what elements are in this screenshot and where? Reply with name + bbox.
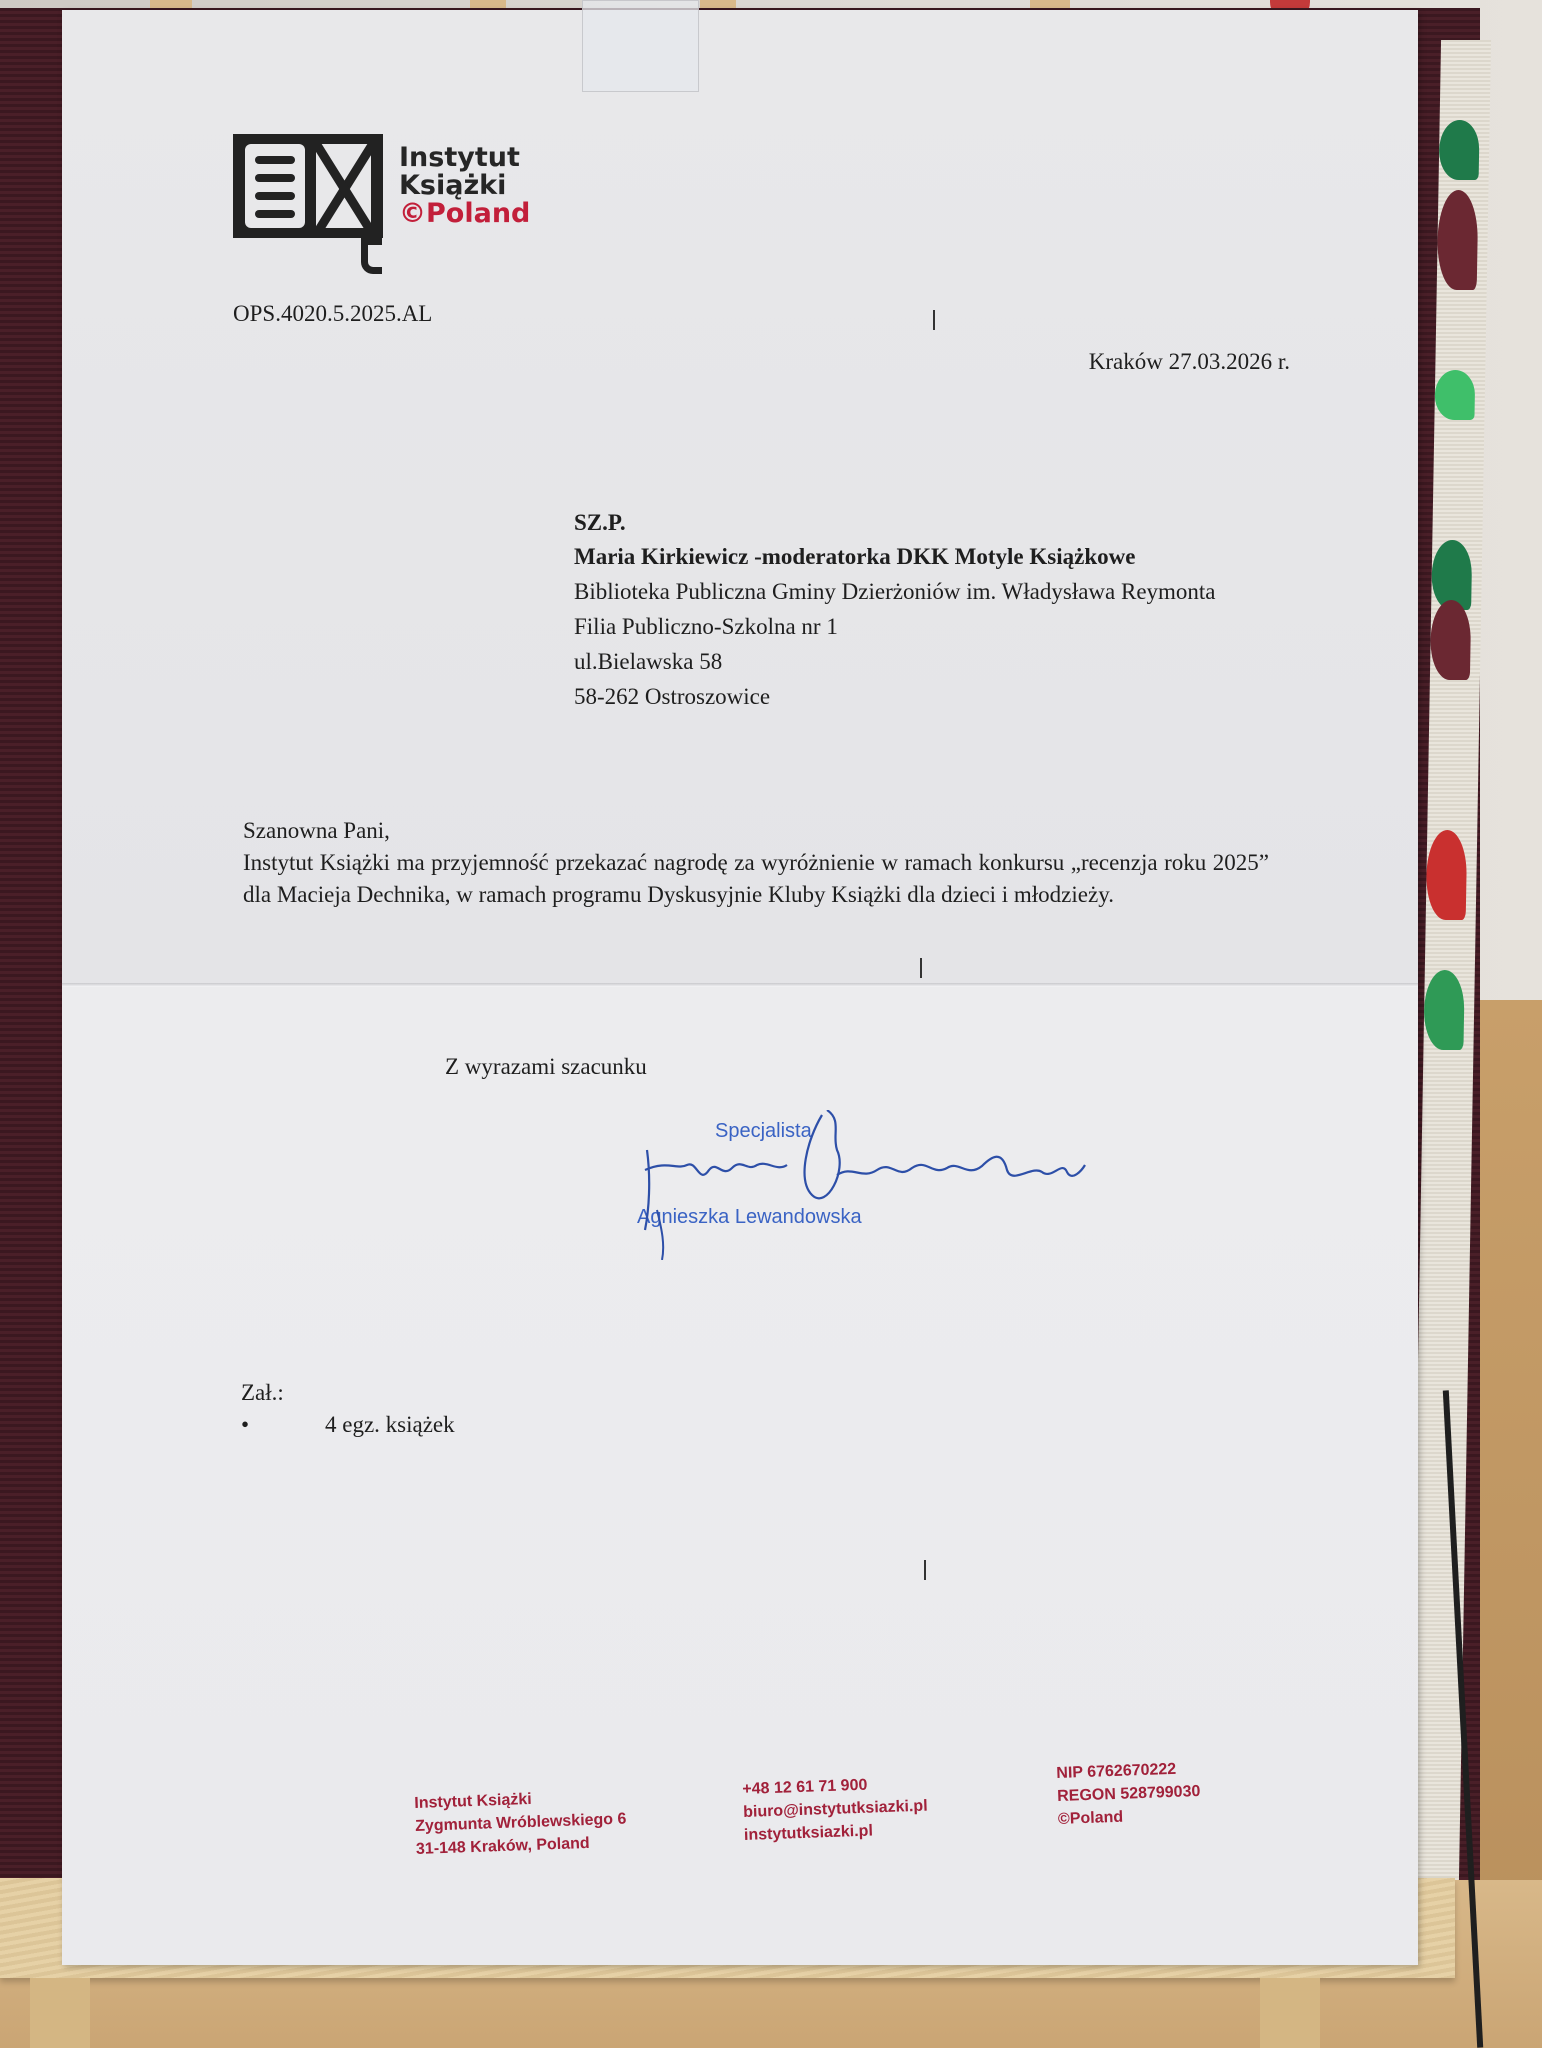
footer-contact: +48 12 61 71 900 biuro@instytutksiazki.p… (742, 1772, 929, 1847)
greeting: Szanowna Pani, (243, 814, 390, 847)
easel-leg (1260, 1978, 1320, 2048)
fold-mark (920, 958, 922, 978)
logo-word-2: Książki (399, 172, 506, 200)
easel-leg (30, 1978, 90, 2048)
logo-ogonek (361, 238, 382, 274)
adhesive-tape (582, 0, 699, 92)
signature-block: Specjalista Agnieszka Lewandowska (637, 1110, 1097, 1260)
recipient-address-line: Biblioteka Publiczna Gminy Dzierżoniów i… (574, 575, 1216, 608)
fold-mark (924, 1560, 926, 1580)
leaf-decoration (1434, 370, 1475, 420)
logo-word-1: Instytut (399, 144, 520, 172)
place-and-date: Kraków 27.03.2026 r. (1089, 345, 1290, 378)
recipient-address-line: 58-262 Ostroszowice (574, 680, 770, 713)
body-paragraph-text: Instytut Książki ma przyjemność przekaza… (243, 847, 1269, 911)
bird-decoration (1426, 830, 1468, 920)
closing: Z wyrazami szacunku (445, 1050, 647, 1083)
leaf-decoration (1423, 970, 1464, 1050)
attachments-label: Zał.: (241, 1376, 284, 1409)
footer-address: Instytut Książki Zygmunta Wróblewskiego … (414, 1785, 628, 1861)
handwritten-signature-icon (637, 1110, 1097, 1260)
flower-decoration (1437, 190, 1479, 290)
footer-registry: NIP 6762670222 REGON 528799030 ©Poland (1056, 1757, 1202, 1831)
recipient-name: Maria Kirkiewicz -moderatorka DKK Motyle… (574, 540, 1135, 573)
logo-word-3: ©Poland (399, 200, 530, 228)
fold-mark (933, 310, 935, 330)
instytut-ksiazki-book-x-logo-icon (233, 134, 383, 238)
attachment-bullet: • (241, 1408, 249, 1441)
body-paragraph: Instytut Książki ma przyjemność przekaza… (243, 847, 1269, 911)
leaf-decoration (1439, 120, 1480, 180)
recipient-address-line: Filia Publiczno-Szkolna nr 1 (574, 610, 838, 643)
recipient-address-line: ul.Bielawska 58 (574, 645, 722, 678)
paper-fold (62, 983, 1418, 987)
recipient-salutation: SZ.P. (574, 506, 626, 539)
flower-decoration (1430, 600, 1471, 680)
reference-number: OPS.4020.5.2025.AL (233, 297, 432, 330)
attachment-item: 4 egz. książek (325, 1408, 455, 1441)
letter-paper: Instytut Książki ©Poland OPS.4020.5.2025… (62, 10, 1418, 1965)
